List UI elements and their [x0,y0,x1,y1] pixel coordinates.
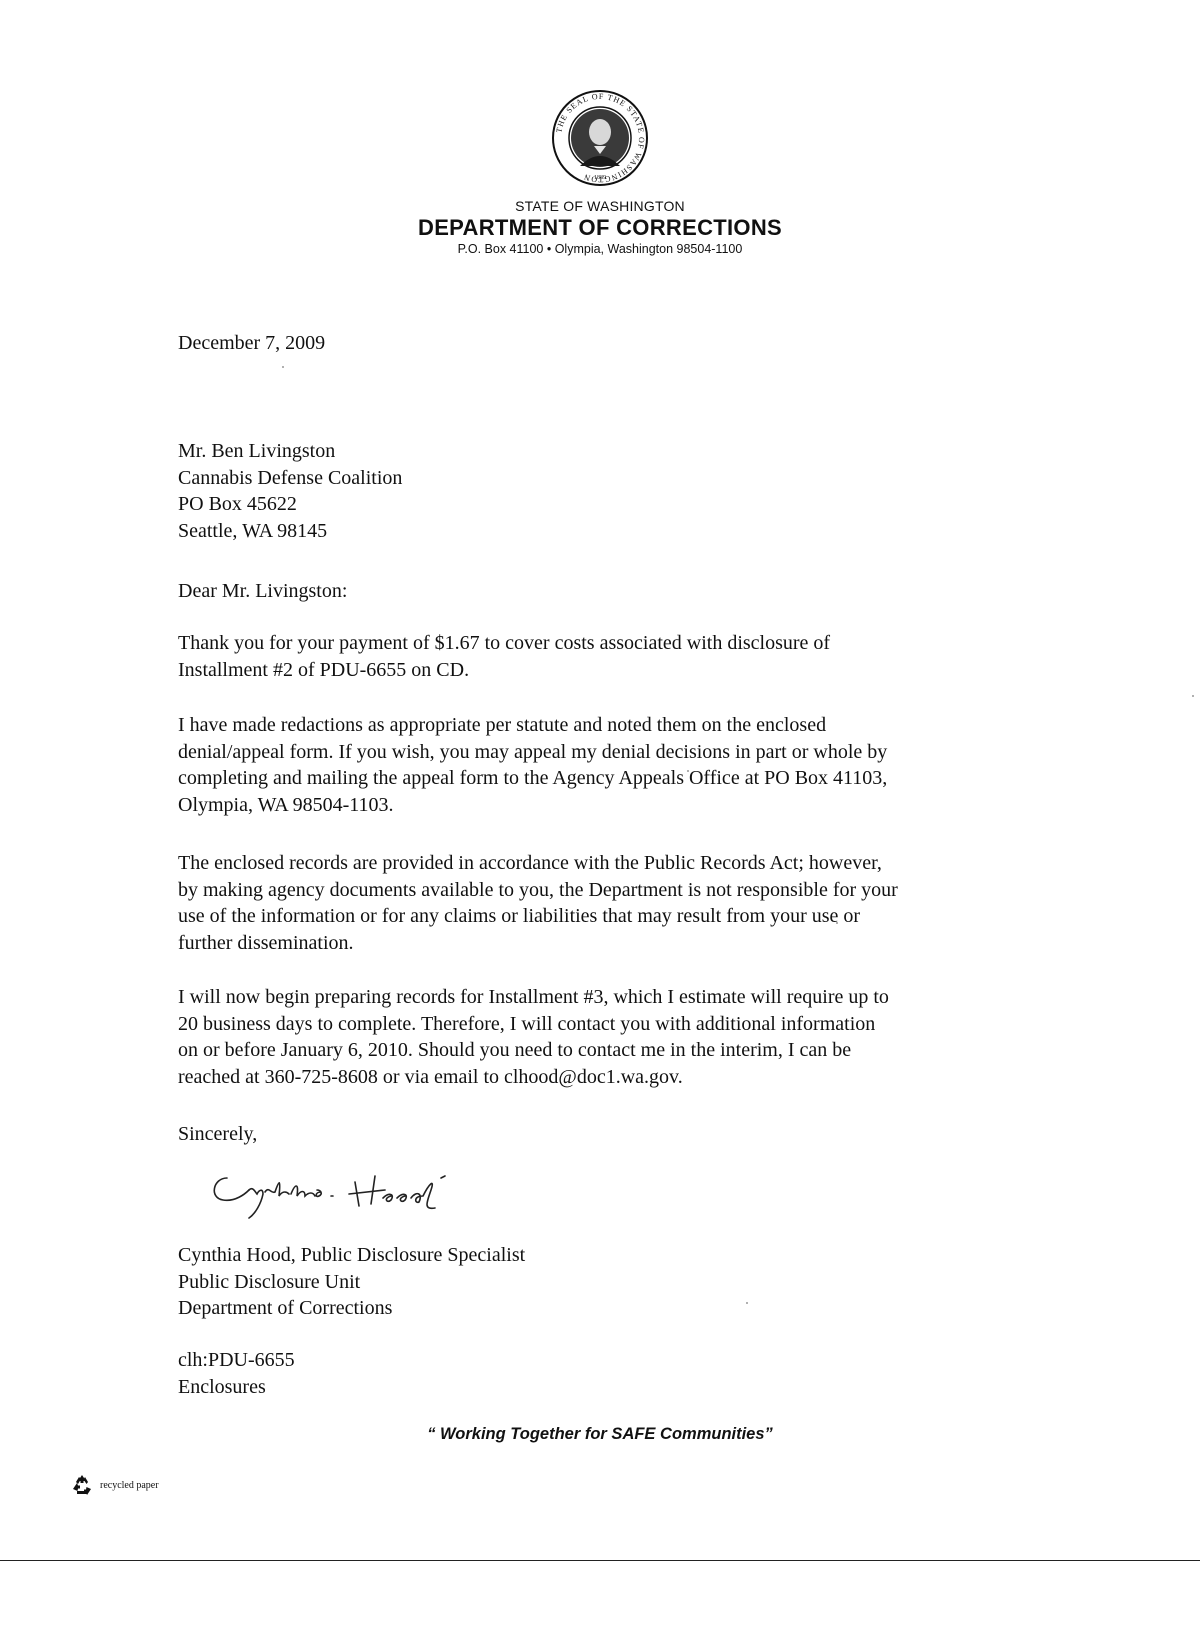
paragraph-line: completing and mailing the appeal form t… [178,765,1028,792]
signer-unit: Public Disclosure Unit [178,1269,1028,1296]
page-bottom-rule [0,1560,1200,1561]
scan-speck [836,922,838,924]
svg-text:1889: 1889 [594,175,606,181]
paragraph-line: on or before January 6, 2010. Should you… [178,1037,1028,1064]
handwritten-signature [205,1160,485,1220]
recipient-organization: Cannabis Defense Coalition [178,465,1028,492]
scan-speck [1192,695,1194,697]
scan-speck [746,1302,748,1304]
paragraph-next-installment: I will now begin preparing records for I… [178,984,1028,1090]
closing: Sincerely, [178,1121,1028,1148]
footer-motto: “ Working Together for SAFE Communities” [0,1425,1200,1444]
paragraph-payment: Thank you for your payment of $1.67 to c… [178,630,1028,683]
department-name: DEPARTMENT OF CORRECTIONS [0,215,1200,241]
scan-speck [282,366,284,368]
recipient-city: Seattle, WA 98145 [178,518,1028,545]
recycled-paper-label: recycled paper [100,1480,159,1491]
signer-name-title: Cynthia Hood, Public Disclosure Speciali… [178,1242,1028,1269]
paragraph-line: I will now begin preparing records for I… [178,984,1028,1011]
scan-speck [687,770,689,772]
paragraph-line: I have made redactions as appropriate pe… [178,712,1028,739]
reference-initials: clh:PDU-6655 [178,1347,1028,1374]
recipient-po-box: PO Box 45622 [178,491,1028,518]
paragraph-line: reached at 360-725-8608 or via email to … [178,1064,1028,1091]
signature-block: Cynthia Hood, Public Disclosure Speciali… [178,1242,1028,1322]
paragraph-redactions: I have made redactions as appropriate pe… [178,712,1028,818]
letter-date: December 7, 2009 [178,330,1028,357]
enclosures-note: Enclosures [178,1374,1028,1401]
paragraph-line: by making agency documents available to … [178,877,1028,904]
paragraph-line: Olympia, WA 98504-1103. [178,792,1028,819]
washington-state-seal-icon: THE SEAL OF THE STATE OF WASHINGTON 1889 [550,88,650,188]
letterhead: THE SEAL OF THE STATE OF WASHINGTON 1889… [0,88,1200,256]
recycle-icon [70,1473,94,1497]
paragraph-line: Installment #2 of PDU-6655 on CD. [178,657,1028,684]
recipient-name: Mr. Ben Livingston [178,438,1028,465]
salutation: Dear Mr. Livingston: [178,578,1028,605]
reference-block: clh:PDU-6655 Enclosures [178,1347,1028,1400]
signer-department: Department of Corrections [178,1295,1028,1322]
paragraph-line: further dissemination. [178,930,1028,957]
paragraph-line: Thank you for your payment of $1.67 to c… [178,630,1028,657]
state-name: STATE OF WASHINGTON [0,198,1200,214]
paragraph-public-records-act: The enclosed records are provided in acc… [178,850,1028,956]
paragraph-line: The enclosed records are provided in acc… [178,850,1028,877]
recycled-paper-mark: recycled paper [70,1473,159,1497]
paragraph-line: denial/appeal form. If you wish, you may… [178,739,1028,766]
department-address: P.O. Box 41100 • Olympia, Washington 985… [0,242,1200,256]
paragraph-line: use of the information or for any claims… [178,903,1028,930]
recipient-address: Mr. Ben Livingston Cannabis Defense Coal… [178,438,1028,544]
paragraph-line: 20 business days to complete. Therefore,… [178,1011,1028,1038]
